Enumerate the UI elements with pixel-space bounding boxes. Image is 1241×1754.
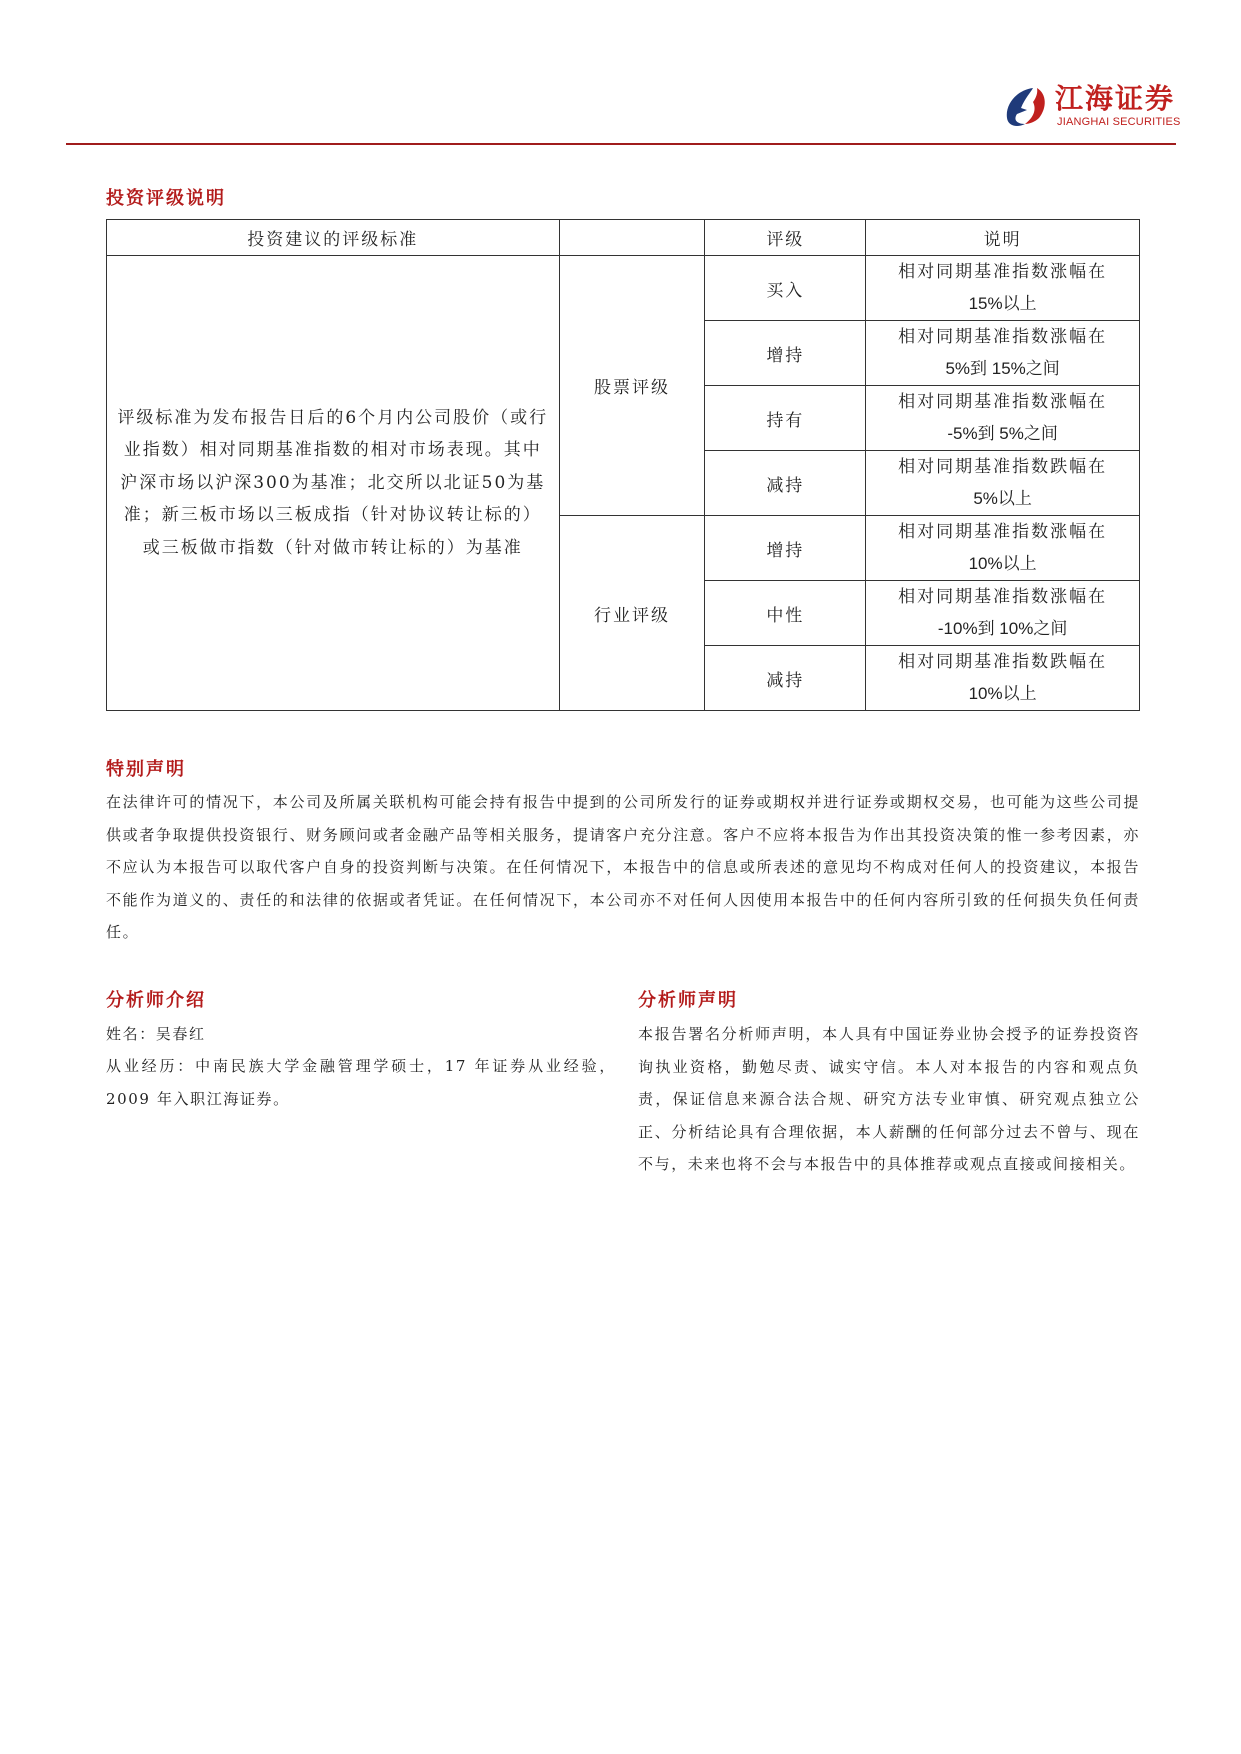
special-statement-body: 在法律许可的情况下，本公司及所属关联机构可能会持有报告中提到的公司所发行的证券或… bbox=[106, 786, 1140, 949]
page-header: 江海证券 JIANGHAI SECURITIES bbox=[0, 0, 1241, 150]
table-row: 评级标准为发布报告日后的6个月内公司股价（或行业指数）相对同期基准指数的相对市场… bbox=[107, 256, 1140, 321]
analyst-statement-title: 分析师声明 bbox=[638, 986, 738, 1012]
header-category bbox=[559, 220, 705, 256]
rating-description: 相对同期基准指数跌幅在10%以上 bbox=[866, 646, 1140, 711]
rating-value: 减持 bbox=[705, 646, 866, 711]
header-description: 说明 bbox=[866, 220, 1140, 256]
rating-description: 相对同期基准指数涨幅在-5%到 5%之间 bbox=[866, 386, 1140, 451]
special-statement-title: 特别声明 bbox=[106, 755, 186, 781]
rating-criteria-text: 评级标准为发布报告日后的6个月内公司股价（或行业指数）相对同期基准指数的相对市场… bbox=[107, 256, 560, 711]
rating-value: 买入 bbox=[705, 256, 866, 321]
description-line2: 10%以上 bbox=[969, 554, 1037, 573]
rating-value: 中性 bbox=[705, 581, 866, 646]
description-line1: 相对同期基准指数涨幅在 bbox=[898, 522, 1107, 542]
header-divider bbox=[66, 143, 1176, 145]
description-line1: 相对同期基准指数跌幅在 bbox=[898, 652, 1107, 672]
stock-rating-label: 股票评级 bbox=[559, 256, 705, 516]
table-header-row: 投资建议的评级标准 评级 说明 bbox=[107, 220, 1140, 256]
header-rating: 评级 bbox=[705, 220, 866, 256]
rating-table: 投资建议的评级标准 评级 说明 评级标准为发布报告日后的6个月内公司股价（或行业… bbox=[106, 219, 1140, 711]
rating-value: 减持 bbox=[705, 451, 866, 516]
description-line1: 相对同期基准指数涨幅在 bbox=[898, 587, 1107, 607]
jianghai-logo-icon bbox=[1003, 84, 1051, 130]
description-line2: -5%到 5%之间 bbox=[947, 424, 1058, 443]
rating-description: 相对同期基准指数涨幅在15%以上 bbox=[866, 256, 1140, 321]
logo-english-name: JIANGHAI SECURITIES bbox=[1057, 116, 1181, 128]
analyst-statement-body: 本报告署名分析师声明，本人具有中国证券业协会授予的证券投资咨询执业资格，勤勉尽责… bbox=[638, 1018, 1140, 1181]
description-line2: 5%以上 bbox=[973, 489, 1032, 508]
description-line2: -10%到 10%之间 bbox=[938, 619, 1067, 638]
rating-description: 相对同期基准指数跌幅在5%以上 bbox=[866, 451, 1140, 516]
description-line2: 10%以上 bbox=[969, 684, 1037, 703]
analyst-experience: 从业经历：中南民族大学金融管理学硕士，17 年证券从业经验，2009 年入职江海… bbox=[106, 1050, 616, 1115]
industry-rating-label: 行业评级 bbox=[559, 516, 705, 711]
rating-description: 相对同期基准指数涨幅在-10%到 10%之间 bbox=[866, 581, 1140, 646]
rating-value: 增持 bbox=[705, 321, 866, 386]
description-line2: 5%到 15%之间 bbox=[945, 359, 1059, 378]
company-logo: 江海证券 JIANGHAI SECURITIES bbox=[1003, 82, 1183, 132]
description-line1: 相对同期基准指数涨幅在 bbox=[898, 327, 1107, 347]
logo-chinese-name: 江海证券 bbox=[1055, 82, 1175, 116]
rating-value: 增持 bbox=[705, 516, 866, 581]
analyst-intro-title: 分析师介绍 bbox=[106, 986, 206, 1012]
analyst-name: 姓名：吴春红 bbox=[106, 1018, 616, 1051]
description-line1: 相对同期基准指数涨幅在 bbox=[898, 392, 1107, 412]
rating-value: 持有 bbox=[705, 386, 866, 451]
description-line2: 15%以上 bbox=[969, 294, 1037, 313]
description-line1: 相对同期基准指数涨幅在 bbox=[898, 262, 1107, 282]
header-criteria: 投资建议的评级标准 bbox=[107, 220, 560, 256]
rating-section-title: 投资评级说明 bbox=[106, 184, 226, 210]
rating-description: 相对同期基准指数涨幅在10%以上 bbox=[866, 516, 1140, 581]
description-line1: 相对同期基准指数跌幅在 bbox=[898, 457, 1107, 477]
rating-description: 相对同期基准指数涨幅在5%到 15%之间 bbox=[866, 321, 1140, 386]
